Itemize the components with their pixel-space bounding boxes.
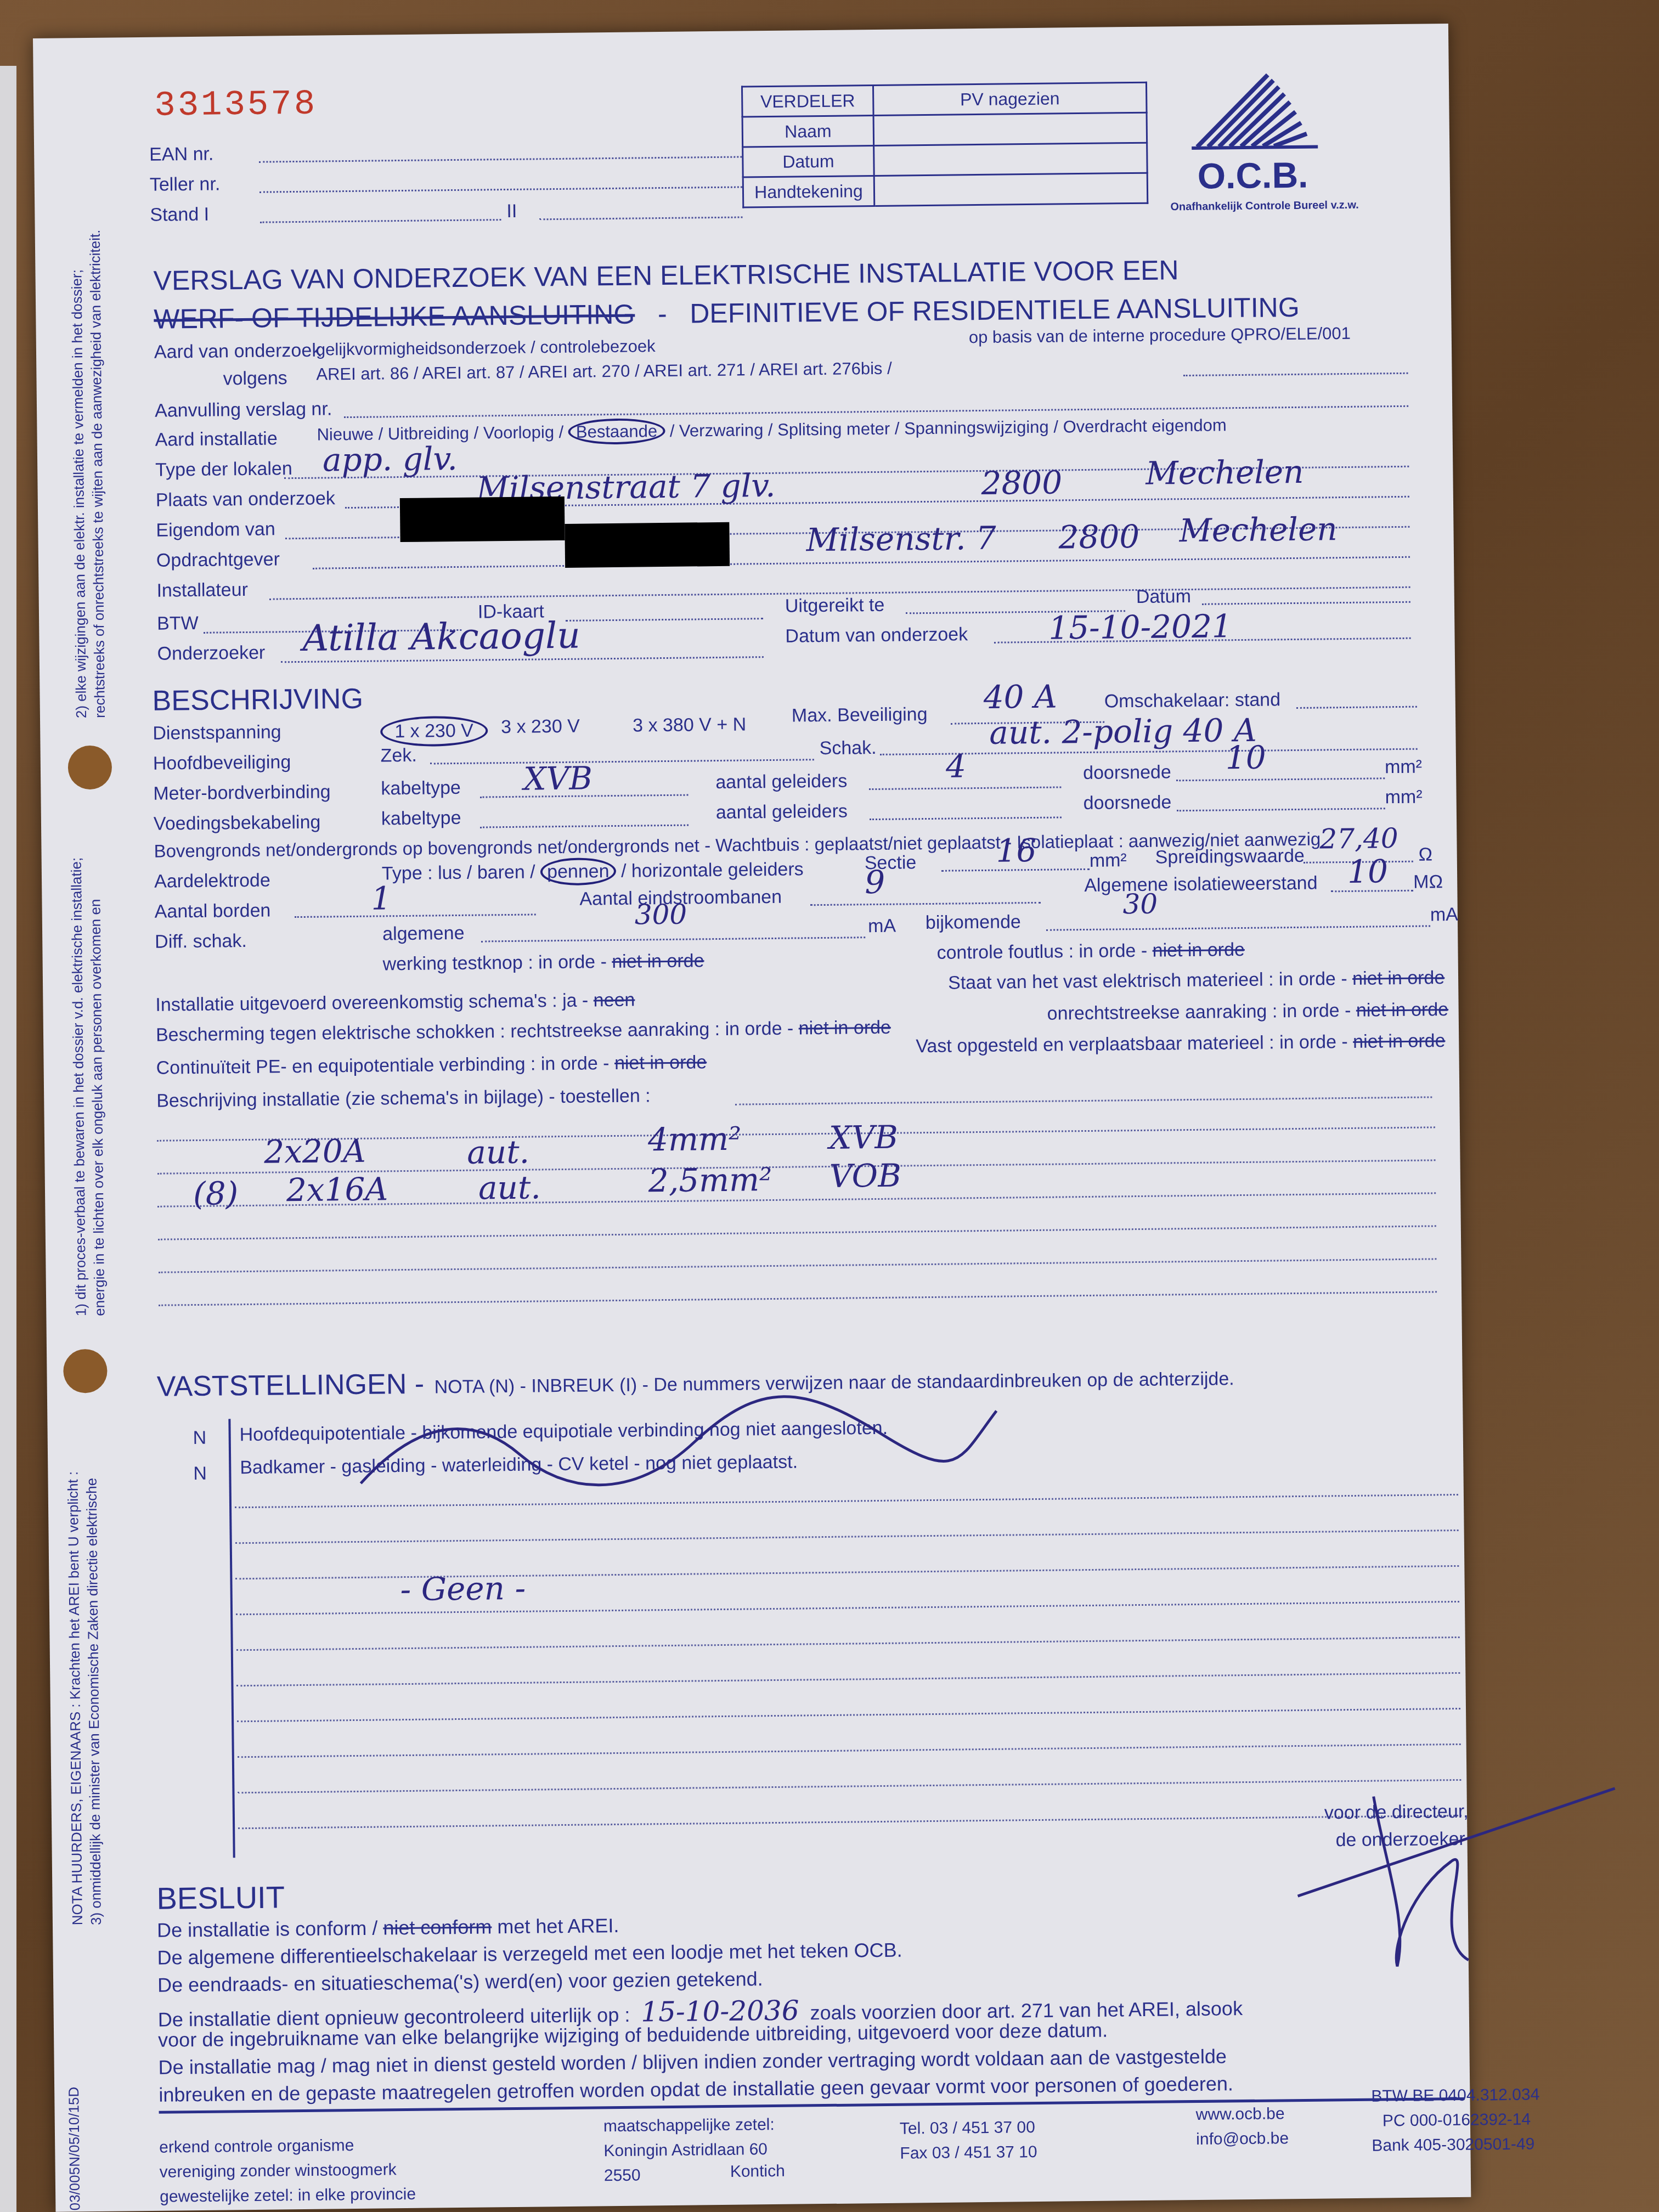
footer-pc: PC 000-0162392-14 — [1383, 2111, 1531, 2131]
spreiding-value[interactable]: 27,40 — [1319, 822, 1398, 855]
vaststelling-1-code: N — [193, 1427, 207, 1449]
ean-label: EAN nr. — [149, 144, 214, 166]
side-note-3: NOTA HUURDERS, EIGENAARS : Krachten het … — [64, 1471, 86, 1926]
opdrachtgever-postcode[interactable]: 2800 — [1058, 518, 1139, 556]
besluit-line1-struck: niet conform — [383, 1915, 492, 1939]
footer-postcode: 2550 — [604, 2166, 641, 2186]
bovengronds-line: Bovengronds net/ondergronds op bovengron… — [154, 829, 1321, 862]
side-note-3b: 3) onmiddellijk de minister van Economis… — [83, 1478, 105, 1925]
vaststelling-2-code: N — [193, 1463, 207, 1485]
eigendom-label: Eigendom van — [156, 518, 275, 541]
installateur-label: Installateur — [156, 579, 248, 602]
testknop-label: werking testknop : in orde - — [383, 951, 607, 974]
circuit-1-qty[interactable]: 2x20A — [264, 1132, 366, 1171]
footer-tel: Tel. 03 / 451 37 00 — [900, 2118, 1035, 2138]
schak-value[interactable]: aut. 2-polig 40 A — [989, 712, 1257, 752]
type-lokalen-value[interactable]: app. glv. — [323, 440, 458, 479]
circuit-2-section[interactable]: 2,5mm² — [648, 1161, 772, 1199]
schema-struck: neen — [594, 990, 635, 1011]
max-beveiliging-label: Max. Beveiliging — [792, 704, 928, 727]
meter-doorsnede-value[interactable]: 10 — [1225, 739, 1266, 777]
punch-hole — [68, 746, 112, 790]
opdrachtgever-city[interactable]: Mechelen — [1179, 510, 1338, 549]
circuit-1-cable[interactable]: XVB — [829, 1119, 899, 1156]
aard-onderzoek-label: Aard van onderzoek — [154, 340, 321, 363]
aantal-borden-line — [295, 913, 536, 918]
ocb-logo-subtitle: Onafhankelijk Controle Bureel v.z.w. — [1170, 199, 1359, 214]
continuiteit-struck: niet in orde — [614, 1052, 707, 1074]
vaststellingen-handwritten-note[interactable]: - Geen - — [400, 1570, 526, 1608]
dienstspanning-label: Dienstspanning — [153, 721, 281, 744]
circuit-1-type[interactable]: aut. — [467, 1133, 529, 1171]
verdeler-header: VERDELER — [742, 85, 873, 116]
mohm-unit: MΩ — [1413, 871, 1443, 893]
title-separator: - — [658, 298, 667, 329]
verplaatsbaar-struck: niet in orde — [1353, 1030, 1446, 1052]
voeding-geleiders-field[interactable] — [870, 816, 1062, 820]
footer-bank: Bank 405-3020501-49 — [1372, 2135, 1534, 2155]
foutlus-label: controle foutlus : in orde - — [936, 940, 1147, 963]
continuiteit-label: Continuïteit PE- en equipotentiale verbi… — [156, 1053, 609, 1079]
ruled-line — [237, 1708, 1460, 1722]
circuit-2-type[interactable]: aut. — [478, 1169, 541, 1206]
besluit-line1-before: De installatie is conform / — [157, 1917, 378, 1942]
ruled-line — [159, 1258, 1437, 1273]
ruled-line — [238, 1743, 1461, 1758]
isolatie-value[interactable]: 10 — [1347, 853, 1389, 890]
omschakelaar-field[interactable] — [1296, 706, 1417, 709]
handtekening-cell[interactable] — [874, 173, 1148, 206]
aard-installatie-label: Aard installatie — [155, 428, 277, 450]
doorsnede-label: doorsnede — [1083, 761, 1171, 784]
aanvulling-field[interactable] — [344, 405, 1408, 418]
ruled-line — [236, 1637, 1460, 1651]
aard-installatie-options-after: / Verzwaring / Splitsing meter / Spannin… — [670, 415, 1227, 441]
verplaatsbaar-label: Vast opgesteld en verplaatsbaar materiee… — [916, 1031, 1348, 1057]
side-note-2: 2) elke wijzigingen aan de elektr. insta… — [68, 269, 90, 718]
plaats-label: Plaats van onderzoek — [156, 488, 335, 511]
datum-label: Datum — [1136, 586, 1192, 608]
eindstroombanen-value[interactable]: 9 — [865, 864, 885, 901]
footer-email[interactable]: info@ocb.be — [1196, 2129, 1289, 2149]
diff-schak-label: Diff. schak. — [155, 930, 247, 953]
aardelektrode-label: Aardelektrode — [154, 870, 270, 893]
voeding-geleiders-label: aantal geleiders — [716, 801, 848, 824]
datum-onderzoek-value[interactable]: 15-10-2021 — [1048, 607, 1232, 646]
bijkomende-label: bijkomende — [926, 911, 1021, 934]
stand-label: Stand I — [150, 204, 209, 226]
footer-org-1: erkend controle organisme — [159, 2136, 354, 2157]
schema-label: Installatie uitgevoerd overeenkomstig sc… — [155, 990, 588, 1015]
bijkomende-value[interactable]: 30 — [1122, 888, 1158, 921]
meter-kabeltype-value[interactable]: XVB — [523, 759, 593, 797]
circuit-2-cable[interactable]: VOB — [829, 1157, 901, 1195]
ruled-line — [158, 1225, 1436, 1240]
onderzoeker-value[interactable]: Atilla Akcaoglu — [302, 614, 580, 659]
voeding-kabeltype-field[interactable] — [480, 825, 689, 828]
footer-zetel-label: maatschappelijke zetel: — [603, 2115, 775, 2136]
opdrachtgever-address[interactable]: Milsenstr. 7 — [806, 520, 996, 559]
aantal-borden-label: Aantal borden — [154, 900, 270, 923]
dienstspanning-selected: 1 x 230 V — [380, 715, 488, 747]
zek-label: Zek. — [381, 745, 417, 767]
type-lokalen-label: Type der lokalen — [155, 458, 292, 481]
btw-label: BTW — [157, 613, 199, 635]
hoofdbeveiliging-label: Hoofdbeveiliging — [153, 752, 291, 775]
underlying-sheet — [0, 66, 16, 2212]
ruled-line — [236, 1672, 1460, 1686]
vaststellingen-column-divider — [228, 1419, 235, 1858]
ruled-line — [735, 1096, 1432, 1105]
serial-number: 3313578 — [154, 85, 318, 126]
spreiding-label: Spreidingswaarde — [1155, 845, 1305, 868]
besluit-line3: De eendraads- en situatieschema('s) werd… — [157, 1967, 763, 1997]
circuits-count[interactable]: (8) — [193, 1175, 239, 1212]
ean-field[interactable] — [259, 156, 742, 162]
stand-i-field[interactable] — [260, 219, 501, 223]
punch-hole — [63, 1349, 108, 1393]
plaats-city[interactable]: Mechelen — [1145, 453, 1304, 492]
sectie-value[interactable]: 16 — [996, 832, 1037, 870]
cross-out-scribble-icon — [354, 1389, 1003, 1516]
volgens-extra-field — [1183, 373, 1408, 376]
side-note-2b: rechtstreeks of onrechtstreeks te wijten… — [87, 229, 109, 718]
idkaart-field[interactable] — [566, 618, 763, 622]
opdrachtgever-label: Opdrachtgever — [156, 549, 280, 571]
aantal-borden-value[interactable]: 1 — [371, 879, 392, 917]
mm2-unit-2: mm² — [1385, 787, 1422, 809]
vast-materieel-label: Staat van het vast elektrisch materieel … — [948, 968, 1347, 994]
side-note-1b: energie in te lichten over elk ongeluk a… — [87, 899, 108, 1316]
side-note-1: 1) dit proces-verbaal te bewaren in het … — [68, 857, 90, 1317]
datum-field[interactable] — [1202, 601, 1410, 605]
voeding-doorsnede-label: doorsnede — [1084, 792, 1172, 814]
algemene-unit: mA — [868, 916, 896, 938]
naam-label: Naam — [742, 115, 874, 146]
title-selected-option: DEFINITIEVE OF RESIDENTIELE AANSLUITING — [690, 292, 1300, 329]
ruled-line — [238, 1815, 1462, 1829]
redacted-client — [565, 522, 730, 568]
schak-label: Schak. — [819, 737, 876, 759]
aanvulling-label: Aanvulling verslag nr. — [155, 398, 332, 421]
circuit-2-qty[interactable]: 2x16A — [286, 1170, 388, 1209]
ohm-unit: Ω — [1419, 844, 1433, 865]
datum-onderzoek-label: Datum van onderzoek — [785, 624, 968, 647]
meter-geleiders-line — [869, 786, 1061, 790]
stand-ii-field[interactable] — [539, 216, 742, 220]
redacted-owner — [400, 496, 565, 542]
ocb-logo-icon — [1186, 69, 1329, 153]
report-title: VERSLAG VAN ONDERZOEK VAN EEN ELEKTRISCH… — [153, 254, 1178, 297]
besluit-heading: BESLUIT — [156, 1879, 285, 1916]
volgens-options: AREI art. 86 / AREI art. 87 / AREI art. … — [316, 359, 892, 385]
footer-fax: Fax 03 / 451 37 10 — [900, 2143, 1037, 2163]
sectie-unit: mm² — [1090, 850, 1127, 872]
max-beveiliging-value[interactable]: 40 A — [983, 678, 1057, 716]
vast-materieel-struck: niet in orde — [1352, 967, 1445, 989]
ocb-logo-text: O.C.B. — [1197, 154, 1308, 197]
handtekening-label: Handtekening — [743, 176, 874, 207]
bijkomende-unit: mA — [1430, 904, 1458, 926]
onrechtstreeks-struck: niet in orde — [1356, 999, 1449, 1021]
omschakelaar-label: Omschakelaar: stand — [1104, 689, 1281, 712]
signature-icon[interactable] — [1285, 1778, 1628, 1978]
aardelektrode-type-before: Type : lus / baren / — [382, 861, 535, 884]
beschrijving-installatie-label: Beschrijving installatie (zie schema's i… — [156, 1085, 651, 1111]
naam-cell[interactable] — [873, 112, 1147, 145]
uitgereikt-label: Uitgereikt te — [785, 595, 885, 617]
plaats-postcode[interactable]: 2800 — [981, 464, 1062, 502]
meter-geleiders-value[interactable]: 4 — [946, 747, 967, 785]
footer-org-3: gewestelijke zetel: in elke provincie — [160, 2185, 416, 2207]
footer-city: Kontich — [730, 2162, 785, 2181]
onderzoeker-label: Onderzoeker — [157, 642, 266, 665]
beschrijving-heading: BESCHRIJVING — [152, 682, 363, 718]
struck-title-option: WERF- OF TIJDELIJKE AANSLUITING — [154, 299, 635, 335]
teller-label: Teller nr. — [150, 173, 221, 195]
eindstroombanen-line — [810, 902, 1041, 906]
meter-doorsnede-line — [1176, 777, 1385, 781]
bescherming-label: Bescherming tegen elektrische schokken :… — [156, 1018, 794, 1046]
procedure-note: op basis van de interne procedure QPRO/E… — [969, 324, 1351, 347]
datum-label: Datum — [743, 145, 874, 177]
pv-header: PV nagezien — [873, 82, 1147, 115]
aardelektrode-type-after: / horizontale geleiders — [621, 859, 804, 881]
inspection-report-page: 1) dit proces-verbaal te bewaren in het … — [33, 24, 1471, 2212]
ruled-line — [159, 1291, 1437, 1306]
zek-field[interactable] — [430, 759, 814, 764]
voedingsbekabeling-label: Voedingsbekabeling — [154, 812, 321, 835]
isolatie-label: Algemene isolatieweerstand — [1084, 873, 1318, 896]
volgens-label: volgens — [223, 368, 287, 390]
footer-web[interactable]: www.ocb.be — [1196, 2104, 1285, 2124]
circuit-1-section[interactable]: 4mm² — [648, 1120, 742, 1159]
aardelektrode-selected: pennen — [540, 857, 616, 885]
aard-installatie-selected: Bestaande — [568, 418, 665, 445]
ruled-line — [238, 1779, 1461, 1793]
stand-ii-label: II — [506, 201, 517, 222]
besluit-line1-after: met het AREI. — [497, 1914, 619, 1938]
datum-cell[interactable] — [874, 143, 1148, 176]
foutlus-struck: niet in orde — [1152, 939, 1245, 961]
footer-btw: BTW BE 0404.312.034 — [1371, 2085, 1539, 2106]
footer-org-2: vereniging zonder winstoogmerk — [160, 2160, 397, 2182]
mm2-unit: mm² — [1385, 757, 1422, 778]
voeding-doorsnede-field[interactable] — [1177, 808, 1385, 811]
algemene-line — [481, 936, 865, 942]
opdrachtgever-line — [313, 556, 1410, 569]
footer-address: Koningin Astridlaan 60 — [603, 2140, 768, 2160]
onrechtstreeks-label: onrechtstreekse aanraking : in orde - — [1047, 1000, 1351, 1024]
bescherming-struck: niet in orde — [798, 1017, 891, 1039]
aard-onderzoek-options: gelijkvormigheidsonderzoek / controlebez… — [316, 336, 656, 359]
algemene-value[interactable]: 300 — [634, 899, 687, 931]
voeding-kabeltype-label: kabeltype — [381, 808, 461, 830]
dienstspanning-option-2: 3 x 230 V — [501, 716, 580, 738]
bijkomende-line — [1046, 925, 1430, 930]
kabeltype-label: kabeltype — [381, 777, 461, 800]
dienstspanning-option-3: 3 x 380 V + N — [633, 714, 746, 736]
teller-field[interactable] — [259, 186, 742, 193]
ruled-line — [235, 1530, 1459, 1544]
verdeler-table: VERDELER PV nagezien Naam Datum Handteke… — [741, 82, 1148, 208]
form-code: 03/005N/05/10/15D — [65, 2087, 83, 2211]
meter-bordverbinding-label: Meter-bordverbinding — [153, 781, 331, 804]
besluit-line2: De algemene differentieelschakelaar is v… — [157, 1939, 902, 1970]
algemene-label: algemene — [382, 923, 465, 945]
testknop-struck: niet in orde — [612, 950, 704, 972]
aantal-geleiders-label: aantal geleiders — [715, 771, 847, 794]
